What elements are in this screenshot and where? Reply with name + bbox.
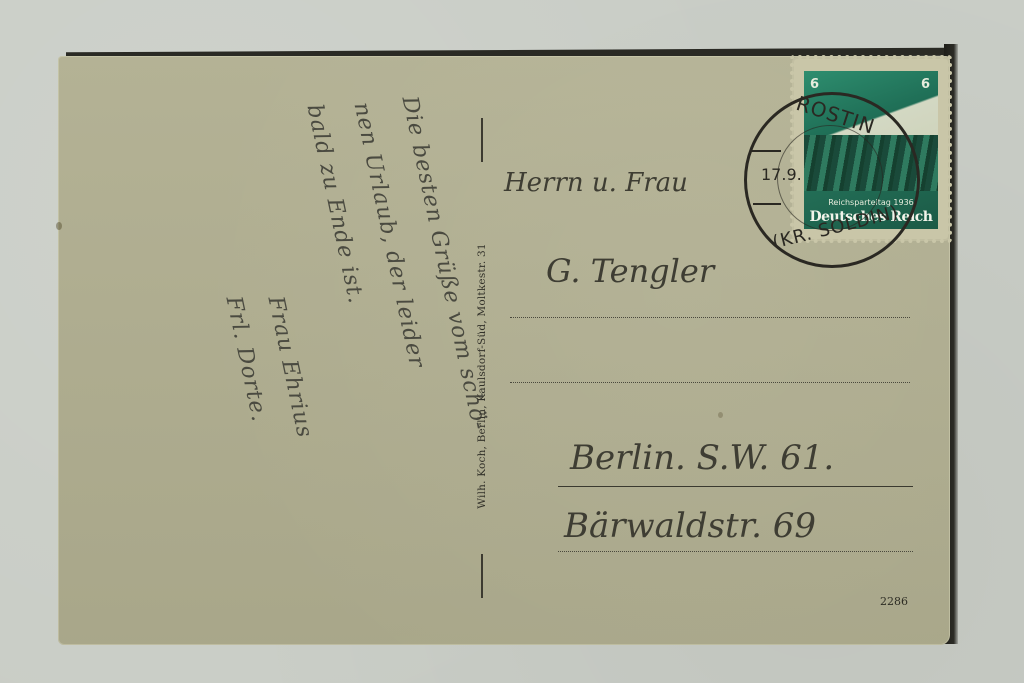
paper-blemish [718, 412, 723, 418]
address-line-4-rule [558, 551, 913, 552]
address-street: Bärwaldstr. 69 [564, 506, 816, 546]
center-divider-top [481, 118, 483, 162]
postcard: Die besten Grüße vom schö- nen Urlaub, d… [58, 56, 950, 645]
postmark-bar [753, 203, 781, 205]
address-name: G. Tengler [546, 252, 714, 290]
address-line-1-rule [510, 317, 910, 318]
serial-number: 2286 [880, 595, 908, 608]
address-city: Berlin. S.W. 61. [570, 438, 834, 478]
address-line-3-rule [558, 486, 913, 487]
message-signature-2: Frl. Dorte. [221, 294, 272, 424]
handwritten-message: Die besten Grüße vom schö- nen Urlaub, d… [163, 94, 423, 614]
stamp-crowd-illustration [804, 135, 938, 191]
address-line-2-rule [510, 382, 910, 383]
stamp-value-right: 6 [921, 77, 930, 92]
postmark-bar [751, 150, 781, 152]
address-salutation: Herrn u. Frau [504, 168, 688, 198]
paper-blemish [56, 222, 62, 230]
postage-stamp: 6 6 Reichsparteitag 1936 Deutsches Reich [794, 59, 948, 239]
stamp-country: Deutsches Reich [804, 209, 938, 225]
publisher-imprint: Wilh. Koch, Berlin, Kaulsdorf-Süd, Moltk… [476, 166, 488, 586]
stamp-image: 6 6 Reichsparteitag 1936 Deutsches Reich [804, 71, 938, 229]
center-divider-bottom [481, 554, 483, 598]
stamp-caption: Reichsparteitag 1936 [804, 198, 938, 207]
stamp-value-left: 6 [810, 77, 819, 92]
